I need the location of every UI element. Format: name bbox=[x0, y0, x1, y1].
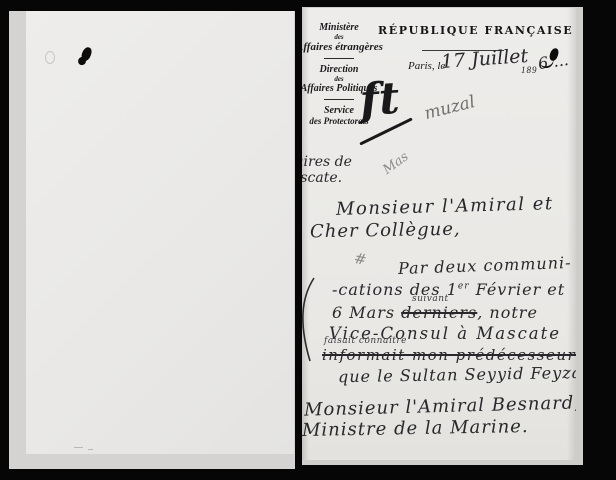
letterhead-divider bbox=[324, 58, 354, 59]
dateline-printed: Paris, le bbox=[408, 60, 445, 72]
salutation-line: Monsieur l'Amiral et bbox=[336, 193, 554, 220]
handwritten-date: 17 Juillet bbox=[440, 45, 529, 73]
body-line: Par deux communi- bbox=[398, 253, 572, 278]
faint-pencil-dash bbox=[88, 449, 93, 450]
document-scan: Ministère des Affaires étrangères Direct… bbox=[0, 0, 616, 480]
body-line: 6 Mars derniers, notre suivant bbox=[332, 303, 538, 322]
faint-stamp-mark bbox=[45, 51, 55, 64]
paraph-mark: # bbox=[352, 249, 368, 269]
faint-pencil-dash bbox=[74, 447, 83, 448]
body-text: 6 Mars bbox=[332, 303, 401, 322]
registry-ft-mark: ft bbox=[358, 73, 401, 127]
letterhead-ministry: Ministère bbox=[302, 22, 382, 33]
body-text: Février et bbox=[470, 280, 566, 299]
struck-text: informait mon prédécesseur bbox=[322, 346, 576, 364]
body-line: informait mon prédécesseur faisait conna… bbox=[322, 346, 576, 364]
right-page: Ministère des Affaires étrangères Direct… bbox=[302, 8, 576, 460]
body-text: , notre bbox=[477, 303, 538, 322]
body-line: que le Sultan Seyyid Feyzal, bbox=[338, 363, 576, 386]
printed-year-prefix: 189 bbox=[521, 65, 538, 75]
recipient-line: Ministre de la Marine. bbox=[302, 416, 529, 441]
letterhead-affaires-etrangeres: Affaires étrangères bbox=[302, 41, 382, 53]
republique-francaise-title: RÉPUBLIQUE FRANÇAISE bbox=[378, 24, 546, 37]
flourish-brace bbox=[302, 276, 318, 364]
interlinear-correction: suivant bbox=[412, 294, 449, 304]
letterhead-divider bbox=[324, 99, 354, 100]
ordinal-superscript: er bbox=[458, 282, 470, 292]
recipient-line: Monsieur l'Amiral Besnard, bbox=[304, 392, 576, 420]
margin-note-line2: ascate. bbox=[302, 170, 342, 186]
left-page bbox=[26, 11, 294, 454]
salutation-line: Cher Collègue, bbox=[310, 219, 461, 243]
letterhead-des: des bbox=[302, 33, 382, 41]
pencil-initials: Mas bbox=[380, 149, 411, 177]
letterhead-direction: Direction bbox=[302, 64, 382, 75]
margin-note-line1: faires de bbox=[302, 154, 352, 170]
interlinear-correction: faisait connaître bbox=[324, 336, 407, 346]
pencil-scribble: muzal bbox=[422, 92, 477, 124]
struck-text: derniers bbox=[401, 303, 477, 322]
